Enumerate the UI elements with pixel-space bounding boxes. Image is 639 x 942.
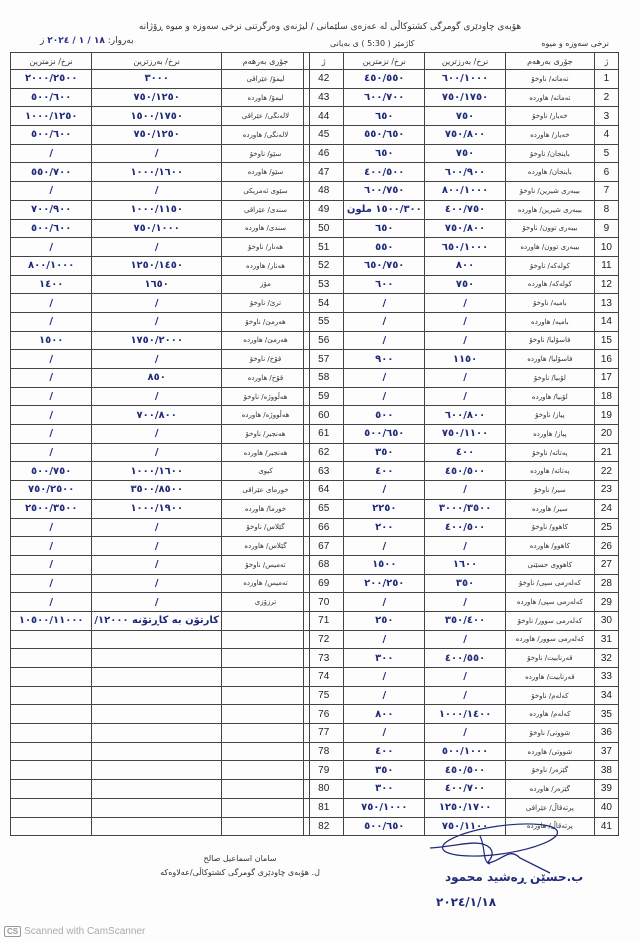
lowest-price: ٨٠٠/١٠٠٠ — [11, 256, 92, 275]
item-name: کولەکە/ هاوردە — [505, 275, 594, 294]
highest-price: / — [92, 443, 222, 462]
row-number: 22 — [594, 462, 618, 481]
item-name: تەماتە/ هاوردە — [505, 88, 594, 107]
highest-price: ١٠٠٠/١٦٠٠ — [92, 163, 222, 182]
lowest-price — [11, 705, 92, 724]
date-label: بەروار: — [108, 36, 134, 46]
row-number: 17 — [594, 369, 618, 388]
highest-price: ٧٠٠/٨٠٠ — [92, 406, 222, 425]
item-name: کەلەم/ هاوردە — [505, 705, 594, 724]
item-name — [221, 668, 309, 687]
lowest-price: / — [11, 518, 92, 537]
row-number: 30 — [594, 611, 618, 630]
lowest-price: ٥٥٠/٧٠٠ — [11, 163, 92, 182]
row-number: 14 — [594, 312, 618, 331]
highest-price: ٤٥٠/٥٠٠ — [425, 462, 506, 481]
item-name: کولەکە/ ناوخۆ — [505, 256, 594, 275]
lowest-price: / — [344, 686, 425, 705]
lowest-price: / — [11, 182, 92, 201]
item-name — [221, 742, 309, 761]
row-number: 39 — [594, 780, 618, 799]
item-name: پرتەقاڵ/ عێراقی — [505, 798, 594, 817]
col-header-lowest: نرخ/ نزمترین — [344, 53, 425, 70]
item-name: شووتی/ ناوخۆ — [505, 724, 594, 743]
table-row: 7بیبەری شیرین/ ناوخۆ٨٠٠/١٠٠٠٦٠٠/٧٥٠48 — [304, 182, 619, 201]
item-name: بیبەری شیرین/ هاوردە — [505, 200, 594, 219]
table-row: 38گێزەر/ ناوخۆ٤٥٠/٥٠٠٣٥٠79 — [304, 761, 619, 780]
row-number: 15 — [594, 331, 618, 350]
highest-price — [92, 724, 222, 743]
lowest-price: / — [344, 668, 425, 687]
table-row: گێلاس/ ناوخۆ// — [11, 518, 310, 537]
document-title: هۆبەی چاودێری گومرگی کشتوکاڵی لە عەزەی س… — [120, 22, 540, 32]
table-row: 29کەلەرمی سپی/ هاوردە//70 — [304, 593, 619, 612]
table-row: 22پەتاتە/ هاوردە٤٥٠/٥٠٠٤٠٠63 — [304, 462, 619, 481]
lowest-price — [11, 780, 92, 799]
table-row: 11کولەکە/ ناوخۆ٨٠٠٦٥٠/٧٥٠52 — [304, 256, 619, 275]
col-header-highest: نرخ/ بەرزترین — [425, 53, 506, 70]
lowest-price: / — [344, 331, 425, 350]
lowest-price: ٨٠٠ — [344, 705, 425, 724]
highest-price — [92, 817, 222, 836]
official-name: سامان اسماعیل صالح — [140, 852, 340, 866]
table-row: 28کەلەرمی سپی/ ناوخۆ٣٥٠٢٠٠/٢٥٠69 — [304, 574, 619, 593]
lowest-price: / — [11, 369, 92, 388]
row-number: 5 — [594, 144, 618, 163]
row-number: 9 — [594, 219, 618, 238]
lowest-price — [11, 630, 92, 649]
lowest-price: ٥٥٠/٦٥٠ — [344, 126, 425, 145]
official-title: ل. هۆبەی چاودێری گومرگی کشتوکاڵی/عەلاوەک… — [140, 866, 340, 880]
highest-price: / — [425, 630, 506, 649]
item-name: بیبەری شیرین/ ناوخۆ — [505, 182, 594, 201]
item-name: لیمۆ/ هاوردە — [221, 88, 309, 107]
highest-price: ١٠٠٠/١٤٠٠ — [425, 705, 506, 724]
lowest-price: ٧٥٠/١٠٠٠ — [344, 798, 425, 817]
highest-price: ٧٥٠/٨٠٠ — [425, 219, 506, 238]
item-name: پیاز/ هاوردە — [505, 425, 594, 444]
camscanner-logo-icon: CS — [4, 926, 21, 937]
item-name: قەرنابیت/ هاوردە — [505, 668, 594, 687]
table-row: 40پرتەقاڵ/ عێراقی١٢٥٠/١٧٠٠٧٥٠/١٠٠٠81 — [304, 798, 619, 817]
lowest-price: ٤٠٠/٥٠٠ — [344, 163, 425, 182]
row-number: 41 — [594, 817, 618, 836]
highest-price: / — [92, 312, 222, 331]
row-number: 24 — [594, 499, 618, 518]
highest-price — [92, 686, 222, 705]
highest-price — [92, 761, 222, 780]
table-row: سێو/ ناوخۆ// — [11, 144, 310, 163]
highest-price: ١٠٠٠/١١٥٠ — [92, 200, 222, 219]
table-row: لالەنگی/ هاوردە٧٥٠/١٢٥٠٥٠٠/٦٠٠ — [11, 126, 310, 145]
row-number: 38 — [594, 761, 618, 780]
item-name — [221, 630, 309, 649]
lowest-price: ٦٠٠/٧٠٠ — [344, 88, 425, 107]
highest-price: / — [92, 555, 222, 574]
highest-price: ٧٥٠/١٢٥٠ — [92, 126, 222, 145]
lowest-price: / — [344, 630, 425, 649]
row-number: 4 — [594, 126, 618, 145]
table-row — [11, 668, 310, 687]
highest-price: / — [92, 518, 222, 537]
table-row: کیوی١٠٠٠/١٦٠٠٥٠٠/٧٥٠ — [11, 462, 310, 481]
item-name: لالەنگی/ عێراقی — [221, 107, 309, 126]
time-label: کاژمێر ( 5:30 ) ی بەیانی — [330, 39, 415, 48]
lowest-price: / — [344, 537, 425, 556]
highest-price: ٣٥٠/٤٠٠ — [425, 611, 506, 630]
highest-price — [92, 668, 222, 687]
lowest-price: ٤٠٠ — [344, 742, 425, 761]
table-row: 14بامیە/ هاوردە//55 — [304, 312, 619, 331]
highest-price: ١٢٥٠/١٧٠٠ — [425, 798, 506, 817]
item-name: بامیە/ ناوخۆ — [505, 294, 594, 313]
table-row: هەڵووژە/ هاوردە٧٠٠/٨٠٠/ — [11, 406, 310, 425]
lowest-price: ٥٠٠/٦٠٠ — [11, 126, 92, 145]
highest-price: ٦٠٠/١٠٠٠ — [425, 70, 506, 89]
table-row: گێلاس/ هاوردە// — [11, 537, 310, 556]
table-row: 9بیبەری توون/ ناوخۆ٧٥٠/٨٠٠٦٥٠50 — [304, 219, 619, 238]
highest-price: / — [425, 724, 506, 743]
table-row — [11, 630, 310, 649]
table-row — [11, 705, 310, 724]
lowest-price — [11, 724, 92, 743]
row-number: 3 — [594, 107, 618, 126]
lowest-price: ١٥٠٠/٣٠٠ ملون — [344, 200, 425, 219]
row-number: 33 — [594, 668, 618, 687]
lowest-price: / — [11, 574, 92, 593]
highest-price: ١٦٥٠ — [92, 275, 222, 294]
lowest-price — [11, 798, 92, 817]
item-name: هەنجیر/ ناوخۆ — [221, 425, 309, 444]
highest-price: / — [425, 331, 506, 350]
table-row: 32قەرنابیت/ ناوخۆ٤٠٠/٥٥٠٣٠٠73 — [304, 649, 619, 668]
highest-price: / — [92, 144, 222, 163]
lowest-price: ٢٥٠ — [344, 611, 425, 630]
highest-price: / — [92, 350, 222, 369]
table-row: 16فاسۆلیا/ هاوردە١١٥٠٩٠٠57 — [304, 350, 619, 369]
lowest-price: / — [11, 425, 92, 444]
lowest-price: ٩٠٠ — [344, 350, 425, 369]
lowest-price: / — [344, 481, 425, 500]
highest-price: ٣٥٠٠/٨٥٠٠ — [92, 481, 222, 500]
table-row: 39گێزەر/ هاوردە٤٠٠/٧٠٠٣٠٠80 — [304, 780, 619, 799]
lowest-price: / — [11, 238, 92, 257]
row-number: 1 — [594, 70, 618, 89]
lowest-price: ٦٠٠ — [344, 275, 425, 294]
table-row: 6باینجان/ هاوردە٦٠٠/٩٠٠٤٠٠/٥٠٠47 — [304, 163, 619, 182]
item-name — [221, 817, 309, 836]
table-row: سندی/ هاوردە٧٥٠/١٠٠٠٥٠٠/٦٠٠ — [11, 219, 310, 238]
row-number: 16 — [594, 350, 618, 369]
highest-price: / — [92, 238, 222, 257]
signature-scribble-icon — [420, 818, 560, 898]
highest-price: ٧٥٠/١١٠٠ — [425, 425, 506, 444]
highest-price: ١١٥٠ — [425, 350, 506, 369]
item-name — [221, 705, 309, 724]
table-row — [11, 686, 310, 705]
lowest-price: / — [11, 294, 92, 313]
table-header-row: جۆری بەرهەم نرخ/ بەرزترین نرخ/ نزمترین — [11, 53, 310, 70]
table-row: خورما/ هاوردە١٠٠٠/١٩٠٠٢٥٠٠/٣٥٠٠ — [11, 499, 310, 518]
lowest-price: ٥٠٠/٧٥٠ — [11, 462, 92, 481]
highest-price: ٤٥٠/٥٠٠ — [425, 761, 506, 780]
highest-price: ٧٥٠/١٧٥٠ — [425, 88, 506, 107]
lowest-price: ٦٥٠ — [344, 219, 425, 238]
lowest-price: ٤٠٠ — [344, 462, 425, 481]
table-row: هەنار/ هاوردە١٢٥٠/١٤٥٠٨٠٠/١٠٠٠ — [11, 256, 310, 275]
lowest-price: / — [11, 555, 92, 574]
item-name: گێلاس/ هاوردە — [221, 537, 309, 556]
table-row: 10بیبەری توون/ هاوردە٦٥٠/١٠٠٠٥٥٠51 — [304, 238, 619, 257]
highest-price: ١٢٥٠/١٤٥٠ — [92, 256, 222, 275]
lowest-price — [11, 668, 92, 687]
item-name: سێوی ئەمریکی — [221, 182, 309, 201]
item-name: کەلەرمی سپی/ هاوردە — [505, 593, 594, 612]
price-table-right: ژ جۆری بەرهەم نرخ/ بەرزترین نرخ/ نزمترین… — [303, 52, 619, 836]
table-row: 8بیبەری شیرین/ هاوردە٤٠٠/٧٥٠١٥٠٠/٣٠٠ ملو… — [304, 200, 619, 219]
lowest-price: / — [11, 537, 92, 556]
lowest-price: / — [344, 724, 425, 743]
row-number: 11 — [594, 256, 618, 275]
table-row: تەمیس/ هاوردە// — [11, 574, 310, 593]
lowest-price: / — [11, 350, 92, 369]
lowest-price: ٧٥٠/٢٥٠٠ — [11, 481, 92, 500]
lowest-price: ١٠٥٠٠/١١٠٠٠ — [11, 611, 92, 630]
item-name: هەڵووژە/ ناوخۆ — [221, 387, 309, 406]
item-name: هەڵووژە/ هاوردە — [221, 406, 309, 425]
lowest-price: ٢٥٠٠/٣٥٠٠ — [11, 499, 92, 518]
highest-price: ٧٥٠ — [425, 107, 506, 126]
lowest-price: / — [11, 144, 92, 163]
lowest-price: ٥٠٠/٦٥٠ — [344, 425, 425, 444]
lowest-price: ٢٠٠ — [344, 518, 425, 537]
section-label: نرخی سەوزە و میوە — [541, 39, 609, 48]
item-name: سندی/ هاوردە — [221, 219, 309, 238]
item-name: تەمیس/ ناوخۆ — [221, 555, 309, 574]
year-suffix: ز — [40, 36, 44, 46]
highest-price: / — [425, 593, 506, 612]
item-name: گێزەر/ هاوردە — [505, 780, 594, 799]
table-row — [11, 798, 310, 817]
item-name: باینجان/ هاوردە — [505, 163, 594, 182]
highest-price — [92, 649, 222, 668]
item-name: لۆبیا/ ناوخۆ — [505, 369, 594, 388]
item-name: خورمای عێراقی — [221, 481, 309, 500]
highest-price: / — [92, 537, 222, 556]
table-row: هەڵووژە/ ناوخۆ// — [11, 387, 310, 406]
highest-price: ٤٠٠/٥٥٠ — [425, 649, 506, 668]
lowest-price: / — [344, 294, 425, 313]
table-row: هەنار/ ناوخۆ// — [11, 238, 310, 257]
lowest-price: ١٥٠٠ — [344, 555, 425, 574]
item-name: کاهووی حسێنی — [505, 555, 594, 574]
row-number: 18 — [594, 387, 618, 406]
table-row: 31کەلەرمی سوور/ هاوردە//72 — [304, 630, 619, 649]
highest-price: ٥٠٠/١٠٠٠ — [425, 742, 506, 761]
lowest-price: / — [344, 312, 425, 331]
item-name: هەرمێ/ هاوردە — [221, 331, 309, 350]
table-row: 18لۆبیا/ هاوردە//59 — [304, 387, 619, 406]
table-row: هەنجیر/ ناوخۆ// — [11, 425, 310, 444]
highest-price: ١٠٠٠/١٩٠٠ — [92, 499, 222, 518]
item-name: پەتاتە/ ناوخۆ — [505, 443, 594, 462]
year-value: ٢٠٢٤ — [47, 36, 69, 46]
table-row: 1تەماتە/ ناوخۆ٦٠٠/١٠٠٠٤٥٠/٥٥٠42 — [304, 70, 619, 89]
highest-price: ٧٥٠ — [425, 275, 506, 294]
col-header-item: جۆری بەرهەم — [505, 53, 594, 70]
lowest-price: / — [11, 593, 92, 612]
item-name: هەنار/ هاوردە — [221, 256, 309, 275]
row-number: 35 — [594, 705, 618, 724]
watermark-text: Scanned with CamScanner — [24, 926, 145, 937]
table-row: 20پیاز/ هاوردە٧٥٠/١١٠٠٥٠٠/٦٥٠61 — [304, 425, 619, 444]
table-row: هەرمێ/ ناوخۆ// — [11, 312, 310, 331]
item-name: سندی/ عێراقی — [221, 200, 309, 219]
item-name: کەلەرمی سوور/ ناوخۆ — [505, 611, 594, 630]
table-row — [11, 742, 310, 761]
lowest-price — [11, 686, 92, 705]
item-name: کەلەرمی سپی/ ناوخۆ — [505, 574, 594, 593]
lowest-price: / — [344, 369, 425, 388]
item-name — [221, 798, 309, 817]
item-name: کەلەرمی سوور/ هاوردە — [505, 630, 594, 649]
row-number: 26 — [594, 537, 618, 556]
row-number: 32 — [594, 649, 618, 668]
lowest-price: ٥٠٠ — [344, 406, 425, 425]
table-row: 25کاهوو/ ناوخۆ٤٠٠/٥٠٠٢٠٠66 — [304, 518, 619, 537]
table-row — [11, 761, 310, 780]
lowest-price: ٦٥٠ — [344, 107, 425, 126]
highest-price: ٤٠٠/٧٠٠ — [425, 780, 506, 799]
highest-price: ٦٥٠/١٠٠٠ — [425, 238, 506, 257]
item-name: هەنار/ ناوخۆ — [221, 238, 309, 257]
row-number: 10 — [594, 238, 618, 257]
highest-price: ١٠٠٠/١٦٠٠ — [92, 462, 222, 481]
lowest-price: ١٥٠٠ — [11, 331, 92, 350]
lowest-price: / — [11, 406, 92, 425]
lowest-price: ٦٥٠/٧٥٠ — [344, 256, 425, 275]
row-number: 37 — [594, 742, 618, 761]
table-row: مۆز١٦٥٠١٤٠٠ — [11, 275, 310, 294]
item-name — [221, 780, 309, 799]
signature-name: ب.حسێن ڕەشید محمود — [445, 870, 583, 884]
highest-price — [92, 798, 222, 817]
highest-price: / — [92, 182, 222, 201]
highest-price: / — [92, 574, 222, 593]
highest-price: ٣٠٠٠/٣٥٠٠ — [425, 499, 506, 518]
table-row: 17لۆبیا/ ناوخۆ//58 — [304, 369, 619, 388]
highest-price: / — [425, 312, 506, 331]
row-number: 8 — [594, 200, 618, 219]
lowest-price: ٦٠٠/٧٥٠ — [344, 182, 425, 201]
table-row: تەمیس/ ناوخۆ// — [11, 555, 310, 574]
item-name: مۆز — [221, 275, 309, 294]
item-name: قەرنابیت/ ناوخۆ — [505, 649, 594, 668]
lowest-price: ٢٠٠٠/٢٥٠٠ — [11, 70, 92, 89]
lowest-price: ٧٠٠/٩٠٠ — [11, 200, 92, 219]
highest-price — [92, 742, 222, 761]
highest-price — [92, 780, 222, 799]
table-row: سێو/ هاوردە١٠٠٠/١٦٠٠٥٥٠/٧٠٠ — [11, 163, 310, 182]
highest-price: / — [425, 686, 506, 705]
highest-price: ٦٠٠/٨٠٠ — [425, 406, 506, 425]
item-name: خەیار/ ناوخۆ — [505, 107, 594, 126]
item-name: بیبەری توون/ هاوردە — [505, 238, 594, 257]
item-name — [221, 724, 309, 743]
table-row: قۆخ/ ناوخۆ// — [11, 350, 310, 369]
table-row: 24سیر/ هاوردە٣٠٠٠/٣٥٠٠٢٢٥٠65 — [304, 499, 619, 518]
row-number: 40 — [594, 798, 618, 817]
table-row: 2تەماتە/ هاوردە٧٥٠/١٧٥٠٦٠٠/٧٠٠43 — [304, 88, 619, 107]
highest-price: کارتۆن بە کاڕتۆنە ١٢٠٠٠/ — [92, 611, 222, 630]
table-row: کارتۆن بە کاڕتۆنە ١٢٠٠٠/١٠٥٠٠/١١٠٠٠ — [11, 611, 310, 630]
table-row: 35کەلەم/ هاوردە١٠٠٠/١٤٠٠٨٠٠76 — [304, 705, 619, 724]
row-number: 29 — [594, 593, 618, 612]
row-number: 2 — [594, 88, 618, 107]
lowest-price: / — [344, 387, 425, 406]
row-number: 25 — [594, 518, 618, 537]
item-name: شووتی/ هاوردە — [505, 742, 594, 761]
table-row: 34کەلەم/ ناوخۆ//75 — [304, 686, 619, 705]
col-header-lowest: نرخ/ نزمترین — [11, 53, 92, 70]
lowest-price — [11, 742, 92, 761]
highest-price: ٦٠٠/٩٠٠ — [425, 163, 506, 182]
row-number: 23 — [594, 481, 618, 500]
table-row: 37شووتی/ هاوردە٥٠٠/١٠٠٠٤٠٠78 — [304, 742, 619, 761]
table-row: 5باینجان/ ناوخۆ٧٥٠٦٥٠46 — [304, 144, 619, 163]
date-line: بەروار: ١٨ / ١ / ٢٠٢٤ ز — [40, 36, 134, 46]
table-row: 4خەیار/ هاوردە٧٥٠/٨٠٠٥٥٠/٦٥٠45 — [304, 126, 619, 145]
item-name: فاسۆلیا/ هاوردە — [505, 350, 594, 369]
table-row: 21پەتاتە/ ناوخۆ٤٠٠٣٥٠62 — [304, 443, 619, 462]
item-name: سیر/ ناوخۆ — [505, 481, 594, 500]
highest-price: ٣٥٠ — [425, 574, 506, 593]
table-row — [11, 724, 310, 743]
highest-price: ٨٠٠ — [425, 256, 506, 275]
price-table-left: جۆری بەرهەم نرخ/ بەرزترین نرخ/ نزمترین ل… — [10, 52, 310, 836]
item-name: تەمیس/ هاوردە — [221, 574, 309, 593]
highest-price: / — [425, 369, 506, 388]
highest-price: ٤٠٠ — [425, 443, 506, 462]
col-header-item: جۆری بەرهەم — [221, 53, 309, 70]
highest-price: ١٥٠٠/١٧٥٠ — [92, 107, 222, 126]
row-number: 12 — [594, 275, 618, 294]
date-value: ١٨ / ١ / — [69, 36, 105, 46]
item-name: هەرمێ/ ناوخۆ — [221, 312, 309, 331]
col-header-num: ژ — [594, 53, 618, 70]
lowest-price: ٥٠٠/٦٠٠ — [11, 88, 92, 107]
lowest-price: / — [344, 593, 425, 612]
highest-price: ٣٠٠٠ — [92, 70, 222, 89]
row-number: 19 — [594, 406, 618, 425]
table-row: قۆخ/ هاوردە٨٥٠/ — [11, 369, 310, 388]
item-name: پیاز/ ناوخۆ — [505, 406, 594, 425]
table-row: 12کولەکە/ هاوردە٧٥٠٦٠٠53 — [304, 275, 619, 294]
item-name: قۆخ/ ناوخۆ — [221, 350, 309, 369]
table-row: لالەنگی/ عێراقی١٥٠٠/١٧٥٠١٠٠٠/١٢٥٠ — [11, 107, 310, 126]
item-name: کەلەم/ ناوخۆ — [505, 686, 594, 705]
table-row: 23سیر/ ناوخۆ//64 — [304, 481, 619, 500]
table-row: خورمای عێراقی٣٥٠٠/٨٥٠٠٧٥٠/٢٥٠٠ — [11, 481, 310, 500]
table-row: سێوی ئەمریکی// — [11, 182, 310, 201]
item-name: گێزەر/ ناوخۆ — [505, 761, 594, 780]
table-row: لیمۆ/ عێراقی٣٠٠٠٢٠٠٠/٢٥٠٠ — [11, 70, 310, 89]
camscanner-watermark: CS Scanned with CamScanner — [4, 926, 145, 937]
table-row: 27کاهووی حسێنی١٦٠٠١٥٠٠68 — [304, 555, 619, 574]
lowest-price: ٦٥٠ — [344, 144, 425, 163]
lowest-price: ٥٥٠ — [344, 238, 425, 257]
item-name: بامیە/ هاوردە — [505, 312, 594, 331]
